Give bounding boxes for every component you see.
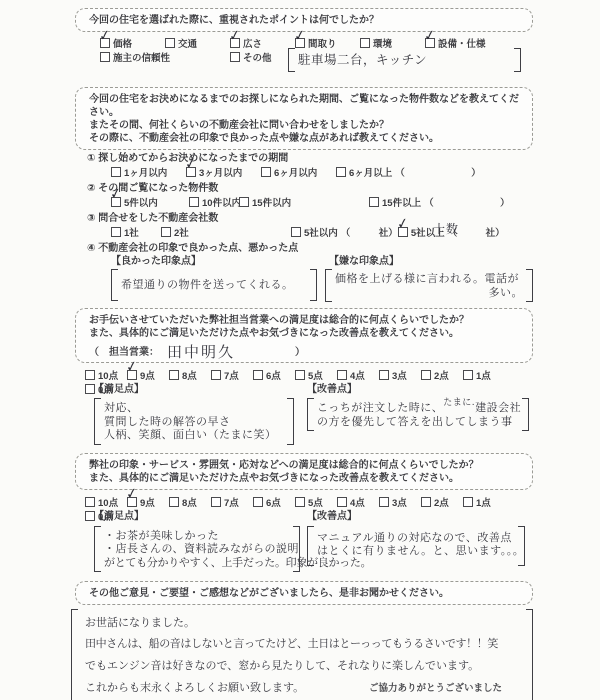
checkbox-label: その他 <box>243 53 272 64</box>
section-house-points: 今回の住宅を選ばれた際に、重視されたポイントは何でしたか？ ✓価格交通✓広さ✓間… <box>75 8 533 82</box>
agent-field-suffix: ） <box>295 347 305 358</box>
checkbox-1ヶ月以内[interactable]: 1ヶ月以内 <box>111 166 186 180</box>
checkbox-6点[interactable]: 6点 <box>253 368 295 382</box>
company-notes: 【満足点】 ・お茶が美味しかった ・店長さんの、資料読みながらの説明 がとても分… <box>75 511 533 573</box>
fill-in-blank: （ 社） <box>341 228 398 239</box>
checkbox-icon <box>161 227 171 237</box>
agent-score-options: 10点✓9点8点7点6点5点4点3点2点1点0点 <box>85 368 533 382</box>
checkbox-7点[interactable]: 7点 <box>211 368 253 382</box>
checkbox-6点[interactable]: 6点 <box>253 495 295 509</box>
improvement-label: 【改善点】 <box>307 384 533 396</box>
checkbox-6ヶ月以上[interactable]: 6ヶ月以上（ ） <box>336 166 481 180</box>
question-text-line1: 今回の住宅をお決めになるまでのお探しになられた期間、ご覧になった物件数などを教え… <box>89 93 521 119</box>
checkbox-label: 9点 <box>140 371 155 382</box>
checkbox-label: 交通 <box>178 39 197 50</box>
bad-impression-bracket: 価格を上げる様に言われる。電話が 多い。 <box>325 269 533 302</box>
handwritten-bad-impression-line2: 多い。 <box>335 286 523 300</box>
q2-options: ✓5件以内10件以内15件以内15件以上（ ） <box>111 196 533 210</box>
checkbox-label: 2点 <box>434 498 449 509</box>
question-box-house-points: 今回の住宅を選ばれた際に、重視されたポイントは何でしたか？ <box>75 8 533 32</box>
fill-in-blank: （ ） <box>395 168 481 179</box>
checkbox-icon <box>463 370 473 380</box>
checkbox-2社[interactable]: 2社 <box>161 226 291 240</box>
section-company-satisfaction: 弊社の印象・サービス・雰囲気・応対などへの満足度は総合的に何点くらいでしたか？ … <box>75 453 533 573</box>
checkbox-label: 1ヶ月以内 <box>124 168 167 179</box>
handwritten-satisfaction-line2: 質問した時の解答の早さ <box>104 415 284 429</box>
q1-options: 1ヶ月以内✓3ヶ月以内6ヶ月以内6ヶ月以上（ ） <box>111 166 533 180</box>
checkbox-icon: ✓ <box>127 497 137 507</box>
improvement-label: 【改善点】 <box>307 511 533 523</box>
handwritten-satisfaction-line1: ・お茶が美味しかった <box>104 529 290 543</box>
checkbox-icon <box>295 370 305 380</box>
handwritten-good-impression: 希望通りの物件を送ってくれる。 <box>121 278 294 291</box>
checkbox-7点[interactable]: 7点 <box>211 495 253 509</box>
handwritten-improvement-line2: の方を優先して答えを出してしまう事 <box>317 415 519 429</box>
checkbox-icon <box>379 370 389 380</box>
checkbox-10点[interactable]: 10点 <box>85 495 127 509</box>
checkbox-施主の信頼性[interactable]: 施主の信頼性 <box>100 50 230 64</box>
checkbox-icon <box>421 370 431 380</box>
checkbox-icon <box>111 227 121 237</box>
checkbox-icon <box>85 384 95 394</box>
checkbox-icon <box>85 497 95 507</box>
satisfaction-label: 【満足点】 <box>94 384 307 396</box>
question-text-line3: その際に、不動産会社の印象で良かった点や嫌な点があれば教えてください。 <box>89 132 521 145</box>
good-impression-label: 【良かった印象点】 <box>111 256 329 268</box>
impression-labels: 【良かった印象点】 【嫌な印象点】 <box>75 256 533 268</box>
checkbox-icon <box>421 497 431 507</box>
checkbox-icon <box>211 370 221 380</box>
question-text-line1: お手伝いさせていただいた弊社担当営業への満足度は総合的に何点くらいでしたか？ <box>89 314 521 327</box>
checkbox-icon <box>337 497 347 507</box>
checkbox-label: 8点 <box>182 498 197 509</box>
checkbox-icon <box>253 370 263 380</box>
bad-impression-label: 【嫌な印象点】 <box>329 256 399 268</box>
checkbox-4点[interactable]: 4点 <box>337 368 379 382</box>
checkbox-icon <box>360 38 370 48</box>
company-score-options: 10点✓9点8点7点6点5点4点3点2点1点0点 <box>85 495 533 509</box>
handwritten-comment-line2: 田中さんは、船の音はしないと言ってたけど、土日はとーっってもうるさいです！！笑 <box>85 633 519 655</box>
satisfaction-column: 【満足点】 ・お茶が美味しかった ・店長さんの、資料読みながらの説明 がとても分… <box>75 511 307 573</box>
checkbox-label: 6ヶ月以上 <box>349 168 392 179</box>
satisfaction-bracket: ・お茶が美味しかった ・店長さんの、資料読みながらの説明 がとても分かりやすく、… <box>94 526 300 573</box>
improvement-bracket: マニュアル通りの対応なので、改善点 はとくに有りません。と、思います。。。 <box>307 526 525 566</box>
checkbox-8点[interactable]: 8点 <box>169 495 211 509</box>
thanks-footer: ご協力ありがとうございました <box>369 680 502 694</box>
checkbox-label: 2点 <box>434 371 449 382</box>
checkbox-5社以内[interactable]: 5社以内（ 社） <box>291 226 398 240</box>
checkbox-label: 6点 <box>266 498 281 509</box>
checkbox-価格[interactable]: ✓価格 <box>100 36 165 50</box>
question-box-other-comments: その他ご意見・ご要望・ご感想などがございましたら、是非お聞かせください。 <box>75 581 533 605</box>
impression-notes: 希望通りの物件を送ってくれる。 価格を上げる様に言われる。電話が 多い。 <box>75 269 533 302</box>
agent-notes: 【満足点】 対応、 質問した時の解答の早さ 人柄、笑顔、面白い（たまに笑） 【改… <box>75 384 533 445</box>
checkbox-label: 1社 <box>124 228 139 239</box>
checkbox-label: 1点 <box>476 498 491 509</box>
checkbox-icon <box>337 370 347 380</box>
q2-label: ② その間ご覧になった物件数 <box>87 182 533 195</box>
question-text-line1: 弊社の印象・サービス・雰囲気・応対などへの満足度は総合的に何点くらいでしたか？ <box>89 459 521 472</box>
checkbox-2点[interactable]: 2点 <box>421 495 463 509</box>
checkbox-label: 価格 <box>113 39 132 50</box>
survey-form-page: 今回の住宅を選ばれた際に、重視されたポイントは何でしたか？ ✓価格交通✓広さ✓間… <box>0 0 600 700</box>
checkbox-icon <box>189 197 199 207</box>
checkbox-icon <box>165 38 175 48</box>
checkbox-3点[interactable]: 3点 <box>379 495 421 509</box>
question-box-agent-satisfaction: お手伝いさせていただいた弊社担当営業への満足度は総合的に何点くらいでしたか？ ま… <box>75 308 533 363</box>
satisfaction-label: 【満足点】 <box>94 511 307 523</box>
question-text-line2: また、具体的にご満足いただけた点やお気づきになった改善点を教えてください。 <box>89 472 521 485</box>
q3-label: ③ 問合せをした不動産会社数 <box>87 212 533 225</box>
q4-label: ④ 不動産会社の印象で良かった点、悪かった点 <box>87 242 533 255</box>
checkbox-1点[interactable]: 1点 <box>463 368 505 382</box>
checkbox-icon: ✓ <box>127 370 137 380</box>
improvement-column: 【改善点】 こっちが注文した時に、たまに.建設会社 の方を優先して答えを出してし… <box>307 384 533 445</box>
checkbox-label: 3点 <box>392 371 407 382</box>
checkbox-5件以内[interactable]: ✓5件以内 <box>111 196 189 210</box>
checkbox-label: 15件以上 <box>382 198 421 209</box>
checkbox-label: 10件以内 <box>202 198 241 209</box>
checkbox-icon: ✓ <box>425 38 435 48</box>
question-box-company-satisfaction: 弊社の印象・サービス・雰囲気・応対などへの満足度は総合的に何点くらいでしたか？ … <box>75 453 533 490</box>
handwritten-satisfaction-line2: ・店長さんの、資料読みながらの説明 <box>104 542 290 556</box>
checkbox-icon <box>85 511 95 521</box>
checkbox-6ヶ月以内[interactable]: 6ヶ月以内 <box>261 166 336 180</box>
checkbox-その他[interactable]: その他 <box>230 50 295 64</box>
handwritten-company-count: 十数 <box>433 223 459 235</box>
checkbox-icon <box>253 497 263 507</box>
checkbox-8点[interactable]: 8点 <box>169 368 211 382</box>
checkbox-1点[interactable]: 1点 <box>463 495 505 509</box>
checkbox-15件以内[interactable]: 15件以内 <box>239 196 369 210</box>
improvement-bracket: こっちが注文した時に、たまに.建設会社 の方を優先して答えを出してしまう事 <box>307 398 529 431</box>
handwritten-agent-name: 田中明久 <box>167 343 235 361</box>
checkbox-label: 2社 <box>174 228 189 239</box>
checkbox-icon: ✓ <box>398 227 408 237</box>
checkbox-label: 施主の信頼性 <box>113 53 170 64</box>
handwritten-improvement-line1: こっちが注文した時に、たまに.建設会社 <box>317 401 519 415</box>
checkbox-label: 広さ <box>243 39 262 50</box>
handwritten-comment-line1: お世話になりました。 <box>85 613 519 633</box>
checkbox-label: 6ヶ月以内 <box>274 168 317 179</box>
checkbox-icon: ✓ <box>230 38 240 48</box>
checkbox-3ヶ月以内[interactable]: ✓3ヶ月以内 <box>186 166 261 180</box>
checkbox-icon <box>169 370 179 380</box>
handwritten-bad-impression-line1: 価格を上げる様に言われる。電話が <box>335 272 523 286</box>
checkbox-icon <box>463 497 473 507</box>
checkbox-icon: ✓ <box>100 38 110 48</box>
good-impression-bracket: 希望通りの物件を送ってくれる。 <box>111 269 317 301</box>
checkbox-label: 5社以内 <box>304 228 338 239</box>
question-box-search-period: 今回の住宅をお決めになるまでのお探しになられた期間、ご覧になった物件数などを教え… <box>75 87 533 150</box>
checkbox-label: 4点 <box>350 371 365 382</box>
checkbox-label: 5件以内 <box>124 198 158 209</box>
handwritten-satisfaction-line3: がとても分かりやすく、上手だった。印象が良かった。 <box>104 556 290 570</box>
checkbox-icon <box>261 167 271 177</box>
checkbox-icon: ✓ <box>186 167 196 177</box>
checkbox-広さ[interactable]: ✓広さ <box>230 36 295 50</box>
checkbox-icon <box>111 167 121 177</box>
checkbox-icon <box>291 227 301 237</box>
checkbox-icon <box>169 497 179 507</box>
checkbox-10点[interactable]: 10点 <box>85 368 127 382</box>
handwritten-comment-line3: でもエンジン音は好きなので、窓から見たりして、それなりに楽しんでいます。 <box>85 655 519 677</box>
question-text-line2: また、具体的にご満足いただけた点やお気づきになった改善点を教えてください。 <box>89 327 521 340</box>
checkbox-label: 9点 <box>140 498 155 509</box>
handwritten-satisfaction-line1: 対応、 <box>104 401 284 415</box>
satisfaction-bracket: 対応、 質問した時の解答の早さ 人柄、笑顔、面白い（たまに笑） <box>94 398 294 445</box>
checkbox-icon <box>239 197 249 207</box>
checkbox-9点[interactable]: ✓9点 <box>127 368 169 382</box>
fill-in-blank: （ ） <box>424 198 510 209</box>
checkbox-3点[interactable]: 3点 <box>379 368 421 382</box>
checkbox-icon <box>379 497 389 507</box>
note-bracket: 駐車場二台，キッチン <box>288 48 521 72</box>
checkbox-5点[interactable]: 5点 <box>295 495 337 509</box>
checkbox-icon <box>211 497 221 507</box>
checkbox-1社[interactable]: 1社 <box>111 226 161 240</box>
checkbox-icon <box>100 52 110 62</box>
bad-impression-column: 価格を上げる様に言われる。電話が 多い。 <box>325 269 533 302</box>
checkbox-icon: ✓ <box>111 197 121 207</box>
checkbox-label: 7点 <box>224 371 239 382</box>
checkbox-15件以上[interactable]: 15件以上（ ） <box>369 196 510 210</box>
house-points-note: 駐車場二台，キッチン <box>288 48 521 72</box>
checkbox-icon: ✓ <box>295 38 305 48</box>
checkbox-2点[interactable]: 2点 <box>421 368 463 382</box>
checkbox-5点[interactable]: 5点 <box>295 368 337 382</box>
question-text: 今回の住宅を選ばれた際に、重視されたポイントは何でしたか？ <box>89 14 521 27</box>
q3-options: 十数 1社2社5社以内（ 社）✓5社以上（ 社） <box>111 226 533 240</box>
checkbox-label: 5点 <box>308 498 323 509</box>
handwritten-house-points-note: 駐車場二台，キッチン <box>298 52 427 67</box>
checkbox-label: 8点 <box>182 371 197 382</box>
good-impression-column: 希望通りの物件を送ってくれる。 <box>75 269 325 302</box>
checkbox-4点[interactable]: 4点 <box>337 495 379 509</box>
satisfaction-column: 【満足点】 対応、 質問した時の解答の早さ 人柄、笑顔、面白い（たまに笑） <box>75 384 307 445</box>
checkbox-9点[interactable]: ✓9点 <box>127 495 169 509</box>
checkbox-label: 5点 <box>308 371 323 382</box>
checkbox-label: 6点 <box>266 371 281 382</box>
q1-label: ① 探し始めてからお決めになったまでの期間 <box>87 152 533 165</box>
agent-line: （ 担当営業：田中明久） <box>89 341 521 358</box>
handwritten-satisfaction-line3: 人柄、笑顔、面白い（たまに笑） <box>104 428 284 442</box>
checkbox-label: 3ヶ月以内 <box>199 168 242 179</box>
checkbox-icon <box>230 52 240 62</box>
agent-field-prefix: （ 担当営業： <box>89 347 159 358</box>
checkbox-10件以内[interactable]: 10件以内 <box>189 196 239 210</box>
question-text-line2: またその間、何社くらいの不動産会社に問い合わせをしましたか？ <box>89 119 521 132</box>
checkbox-label: 10点 <box>98 498 118 509</box>
checkbox-label: 3点 <box>392 498 407 509</box>
section-agent-satisfaction: お手伝いさせていただいた弊社担当営業への満足度は総合的に何点くらいでしたか？ ま… <box>75 308 533 445</box>
section-search-period: 今回の住宅をお決めになるまでのお探しになられた期間、ご覧になった物件数などを教え… <box>75 87 533 302</box>
checkbox-icon <box>336 167 346 177</box>
question-text: その他ご意見・ご要望・ご感想などがございましたら、是非お聞かせください。 <box>89 587 521 600</box>
handwritten-improvement-line2: はとくに有りません。と、思います。。。 <box>317 544 515 558</box>
checkbox-label: 4点 <box>350 498 365 509</box>
handwritten-improvement-line1: マニュアル通りの対応なので、改善点 <box>317 531 515 545</box>
checkbox-label: 10点 <box>98 371 118 382</box>
improvement-column: 【改善点】 マニュアル通りの対応なので、改善点 はとくに有りません。と、思います… <box>307 511 533 573</box>
checkbox-icon <box>369 197 379 207</box>
checkbox-icon <box>295 497 305 507</box>
checkbox-label: 7点 <box>224 498 239 509</box>
checkbox-交通[interactable]: 交通 <box>165 36 230 50</box>
checkbox-label: 15件以内 <box>252 198 291 209</box>
checkbox-label: 1点 <box>476 371 491 382</box>
checkbox-icon <box>85 370 95 380</box>
